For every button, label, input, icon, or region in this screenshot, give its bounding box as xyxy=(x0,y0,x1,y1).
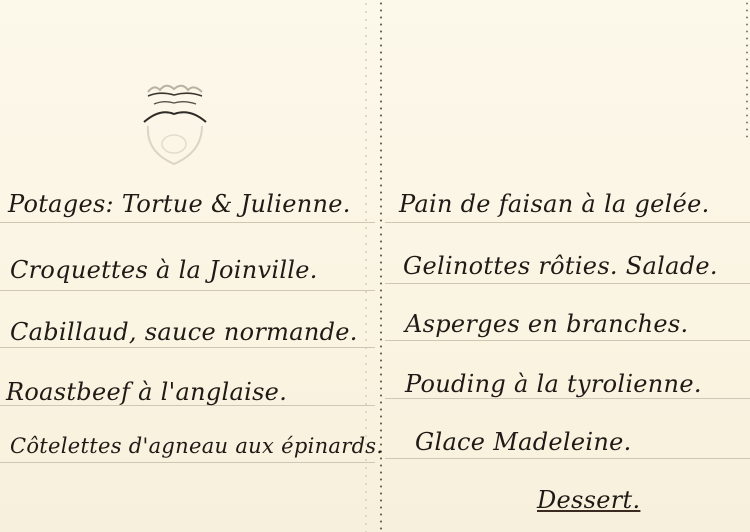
menu-item-dessert: Dessert. xyxy=(537,486,640,514)
menu-item-cabillaud: Cabillaud, sauce normande. xyxy=(10,318,358,346)
left-menu-column: Potages: Tortue & Julienne. Croquettes à… xyxy=(0,0,375,532)
rule-line xyxy=(385,458,750,459)
rule-line xyxy=(385,340,750,341)
menu-item-croquettes: Croquettes à la Joinville. xyxy=(10,256,318,284)
menu-item-potages: Potages: Tortue & Julienne. xyxy=(8,190,351,218)
rule-line xyxy=(0,462,375,463)
right-menu-column: Pain de faisan à la gelée. Gelinottes rô… xyxy=(385,0,750,532)
menu-card: Potages: Tortue & Julienne. Croquettes à… xyxy=(0,0,750,532)
menu-item-glace: Glace Madeleine. xyxy=(415,428,632,456)
menu-item-roastbeef: Roastbeef à l'anglaise. xyxy=(6,378,287,406)
menu-item-pouding: Pouding à la tyrolienne. xyxy=(405,370,702,398)
menu-item-asperges: Asperges en branches. xyxy=(405,310,688,338)
menu-item-gelinottes: Gelinottes rôties. Salade. xyxy=(403,252,718,280)
menu-item-cotelettes: Côtelettes d'agneau aux épinards. xyxy=(10,434,383,458)
rule-line xyxy=(0,222,375,223)
rule-line xyxy=(385,398,750,399)
rule-line xyxy=(0,347,375,348)
rule-line xyxy=(385,283,750,284)
rule-line xyxy=(385,222,750,223)
menu-item-pain-de-faisan: Pain de faisan à la gelée. xyxy=(399,190,710,218)
rule-line xyxy=(0,290,375,291)
